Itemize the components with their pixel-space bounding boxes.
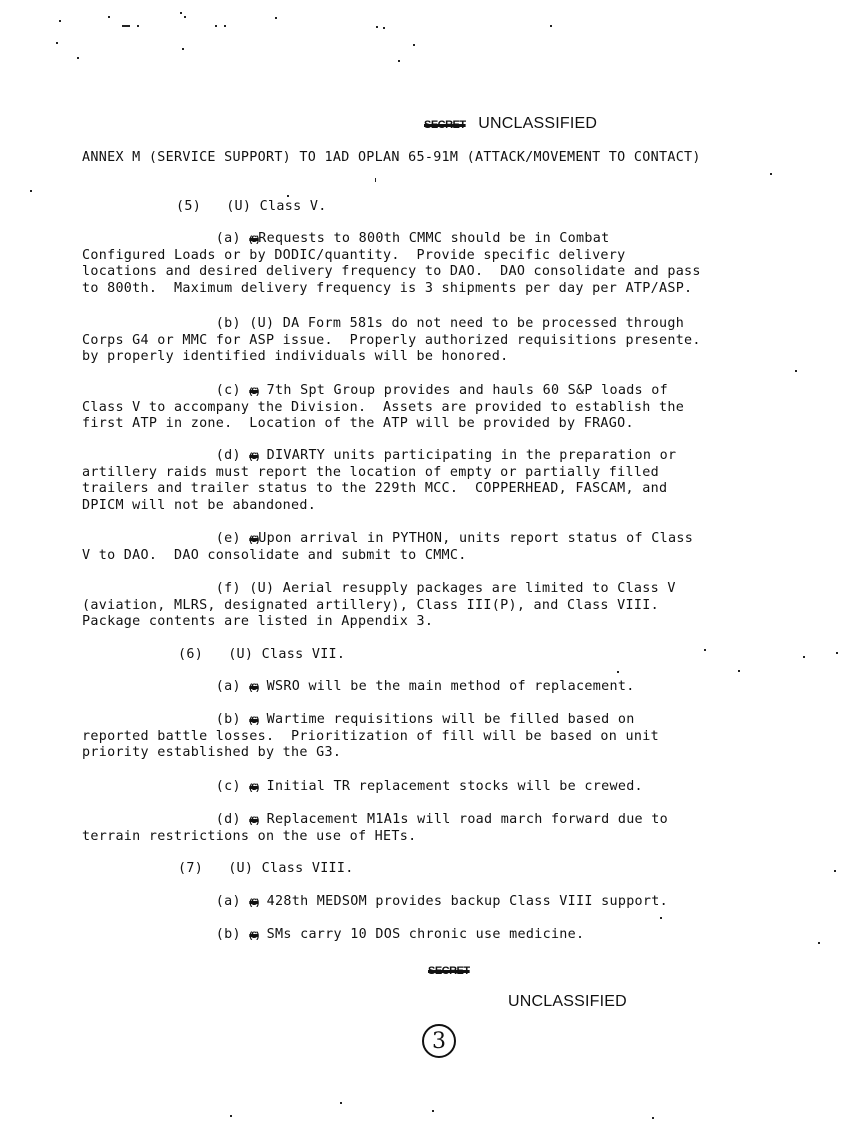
classification-label: UNCLASSIFIED xyxy=(478,115,597,132)
paragraph-5a: (a) (S)Requests to 800th CMMC should be … xyxy=(82,231,701,297)
paragraph-6c: (c) (S) Initial TR replacement stocks wi… xyxy=(82,779,643,796)
header-classification: SECRET UNCLASSIFIED xyxy=(424,115,597,133)
section-heading-class-viii: (7) (U) Class VIII. xyxy=(178,861,354,878)
footer-classification: UNCLASSIFIED xyxy=(508,993,627,1011)
paragraph-6a: (a) (S) WSRO will be the main method of … xyxy=(82,679,635,696)
paragraph-5d: (d) (S) DIVARTY units participating in t… xyxy=(82,448,676,514)
paragraph-5e: (e) (S)Upon arrival in PYTHON, units rep… xyxy=(82,531,693,564)
section-heading-class-v: (5) (U) Class V. xyxy=(176,199,327,216)
paragraph-7a: (a) (S) 428th MEDSOM provides backup Cla… xyxy=(82,894,668,911)
page-number-circle: 3 xyxy=(422,1024,456,1058)
footer-struck-secret-marking: SECRET xyxy=(428,961,470,979)
paragraph-7b: (b) (S) SMs carry 10 DOS chronic use med… xyxy=(82,927,584,944)
paragraph-5c: (c) (S) 7th Spt Group provides and hauls… xyxy=(82,383,684,433)
paragraph-6d: (d) (S) Replacement M1A1s will road marc… xyxy=(82,812,668,845)
page-number: 3 xyxy=(432,1029,446,1054)
paragraph-5b: (b) (U) DA Form 581s do not need to be p… xyxy=(82,316,701,366)
paragraph-5f: (f) (U) Aerial resupply packages are lim… xyxy=(82,581,676,631)
section-heading-class-vii: (6) (U) Class VII. xyxy=(178,647,345,664)
annex-title: ANNEX M (SERVICE SUPPORT) TO 1AD OPLAN 6… xyxy=(82,150,701,167)
struck-secret-marking: SECRET xyxy=(424,119,466,131)
paragraph-6b: (b) (S) Wartime requisitions will be fil… xyxy=(82,712,659,762)
